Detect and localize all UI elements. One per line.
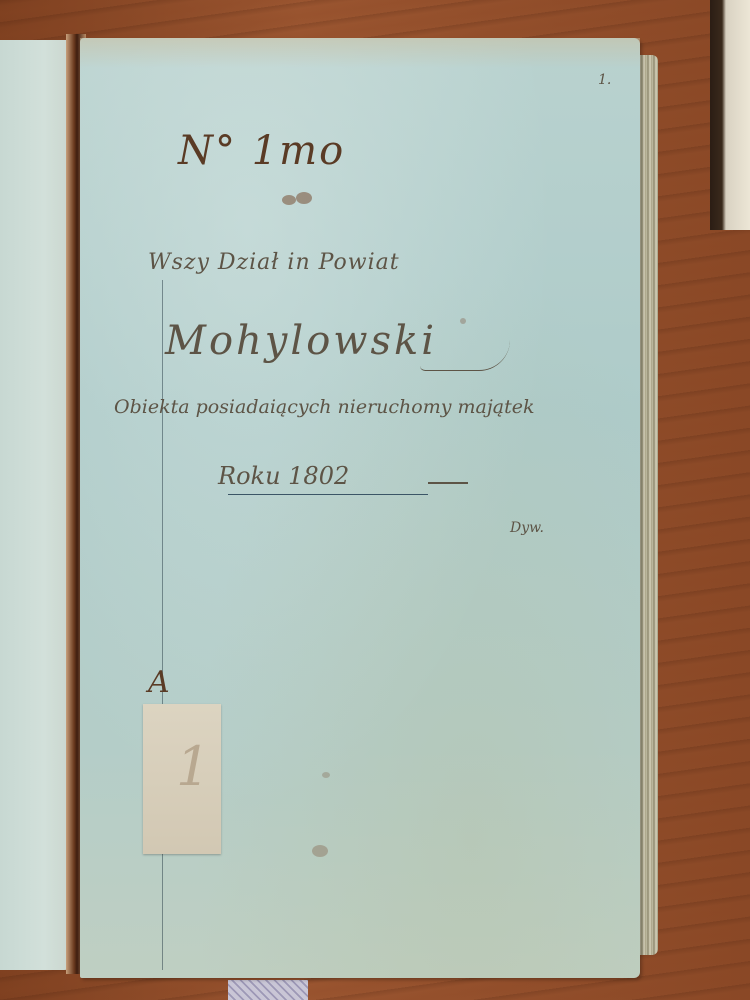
title-line-2: Mohylowski bbox=[165, 318, 437, 364]
title-line-3: Obiekta posiadaiących nieruchomy majątek bbox=[114, 396, 534, 418]
margin-line bbox=[162, 280, 163, 970]
page-top-wear bbox=[80, 38, 640, 68]
ink-stain bbox=[460, 318, 466, 324]
checkered-cloth bbox=[228, 980, 308, 1000]
adjacent-book-edge bbox=[710, 0, 750, 230]
ink-stain bbox=[282, 195, 296, 205]
year-dash bbox=[428, 482, 468, 484]
year-underline bbox=[228, 494, 428, 495]
heading-number: N° 1mo bbox=[178, 128, 345, 174]
signature: Dyw. bbox=[510, 520, 544, 536]
ink-stain bbox=[322, 772, 330, 778]
margin-mark: A bbox=[148, 665, 170, 700]
label-glyph: 1 bbox=[176, 735, 210, 798]
left-page bbox=[0, 40, 74, 970]
title-line-1: Wszy Dział in Powiat bbox=[148, 250, 400, 275]
ink-stain bbox=[296, 192, 312, 204]
page-number: 1. bbox=[598, 72, 611, 88]
ink-stain bbox=[312, 845, 328, 857]
year-line: Roku 1802 bbox=[218, 462, 349, 490]
